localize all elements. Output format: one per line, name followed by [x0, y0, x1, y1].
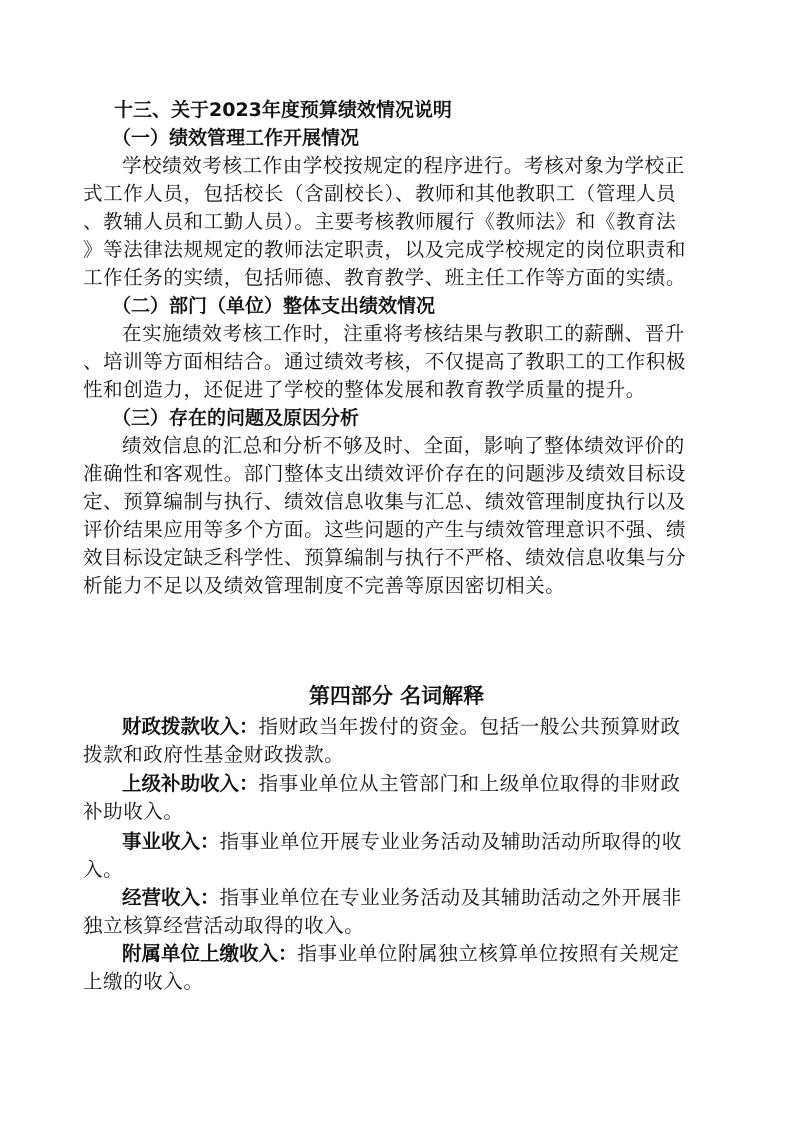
- paragraph-line: 绩效信息的汇总和分析不够及时、全面，影响了整体绩效评价的: [122, 432, 754, 460]
- part-title: 第四部分 名词解释: [0, 681, 793, 711]
- term-definition-line: 附属单位上缴收入：指事业单位附属独立核算单位按照有关规定: [122, 940, 754, 968]
- paragraph-line: 学校绩效考核工作由学校按规定的程序进行。考核对象为学校正: [122, 152, 754, 180]
- document-page: 十三、关于2023年度预算绩效情况说明 （一）绩效管理工作开展情况 学校绩效考核…: [0, 0, 793, 1122]
- paragraph-line: 性和创造力，还促进了学校的整体发展和教育教学质量的提升。: [83, 376, 715, 404]
- paragraph-line: 评价结果应用等多个方面。这些问题的产生与绩效管理意识不强、绩: [83, 516, 715, 544]
- term-label: 事业收入：: [122, 830, 220, 853]
- subsection-heading-3: （三）存在的问题及原因分析: [112, 404, 744, 432]
- paragraph-line: 效目标设定缺乏科学性、预算编制与执行不严格、绩效信息收集与分: [83, 544, 715, 572]
- term-label: 经营收入：: [122, 886, 220, 909]
- term-definition-line: 事业收入：指事业单位开展专业业务活动及辅助活动所取得的收: [122, 828, 754, 856]
- subsection-heading-2: （二）部门（单位）整体支出绩效情况: [112, 292, 744, 320]
- paragraph-line: 析能力不足以及绩效管理制度不完善等原因密切相关。: [83, 572, 715, 600]
- paragraph-line: 》等法律法规规定的教师法定职责，以及完成学校规定的岗位职责和: [83, 236, 715, 264]
- subsection-heading-1: （一）绩效管理工作开展情况: [112, 124, 744, 152]
- paragraph-line: 定、预算编制与执行、绩效信息收集与汇总、绩效管理制度执行以及: [83, 488, 715, 516]
- paragraph-line: 准确性和客观性。部门整体支出绩效评价存在的问题涉及绩效目标设: [83, 460, 715, 488]
- term-label: 附属单位上缴收入：: [122, 942, 298, 965]
- term-text: 指事业单位附属独立核算单位按照有关规定: [298, 942, 680, 965]
- term-text: 指事业单位在专业业务活动及其辅助活动之外开展非: [220, 886, 682, 909]
- term-definition-line: 上级补助收入：指事业单位从主管部门和上级单位取得的非财政: [122, 770, 754, 798]
- term-definition-line: 拨款和政府性基金财政拨款。: [83, 741, 715, 769]
- paragraph-line: 、培训等方面相结合。通过绩效考核，不仅提高了教职工的工作积极: [83, 348, 715, 376]
- paragraph-line: 式工作人员，包括校长（含副校长）、教师和其他教职工（管理人员: [83, 180, 715, 208]
- term-text: 指事业单位从主管部门和上级单位取得的非财政: [259, 772, 681, 795]
- term-definition-line: 补助收入。: [83, 798, 715, 826]
- paragraph-line: 工作任务的实绩，包括师德、教育教学、班主任工作等方面的实绩。: [83, 264, 715, 292]
- term-text: 指财政当年拨付的资金。包括一般公共预算财政: [259, 715, 681, 738]
- term-definition-line: 财政拨款收入：指财政当年拨付的资金。包括一般公共预算财政: [122, 713, 754, 741]
- term-label: 上级补助收入：: [122, 772, 259, 795]
- term-definition-line: 入。: [83, 856, 715, 884]
- term-definition-line: 经营收入：指事业单位在专业业务活动及其辅助活动之外开展非: [122, 884, 754, 912]
- term-text: 指事业单位开展专业业务活动及辅助活动所取得的收: [220, 830, 682, 853]
- paragraph-line: 在实施绩效考核工作时，注重将考核结果与教职工的薪酬、晋升: [122, 320, 754, 348]
- section-heading: 十三、关于2023年度预算绩效情况说明: [114, 96, 746, 124]
- term-definition-line: 上缴的收入。: [83, 968, 715, 996]
- paragraph-line: 、教辅人员和工勤人员）。主要考核教师履行《教师法》和《教育法: [83, 208, 715, 236]
- term-definition-line: 独立核算经营活动取得的收入。: [83, 912, 715, 940]
- term-label: 财政拨款收入：: [122, 715, 259, 738]
